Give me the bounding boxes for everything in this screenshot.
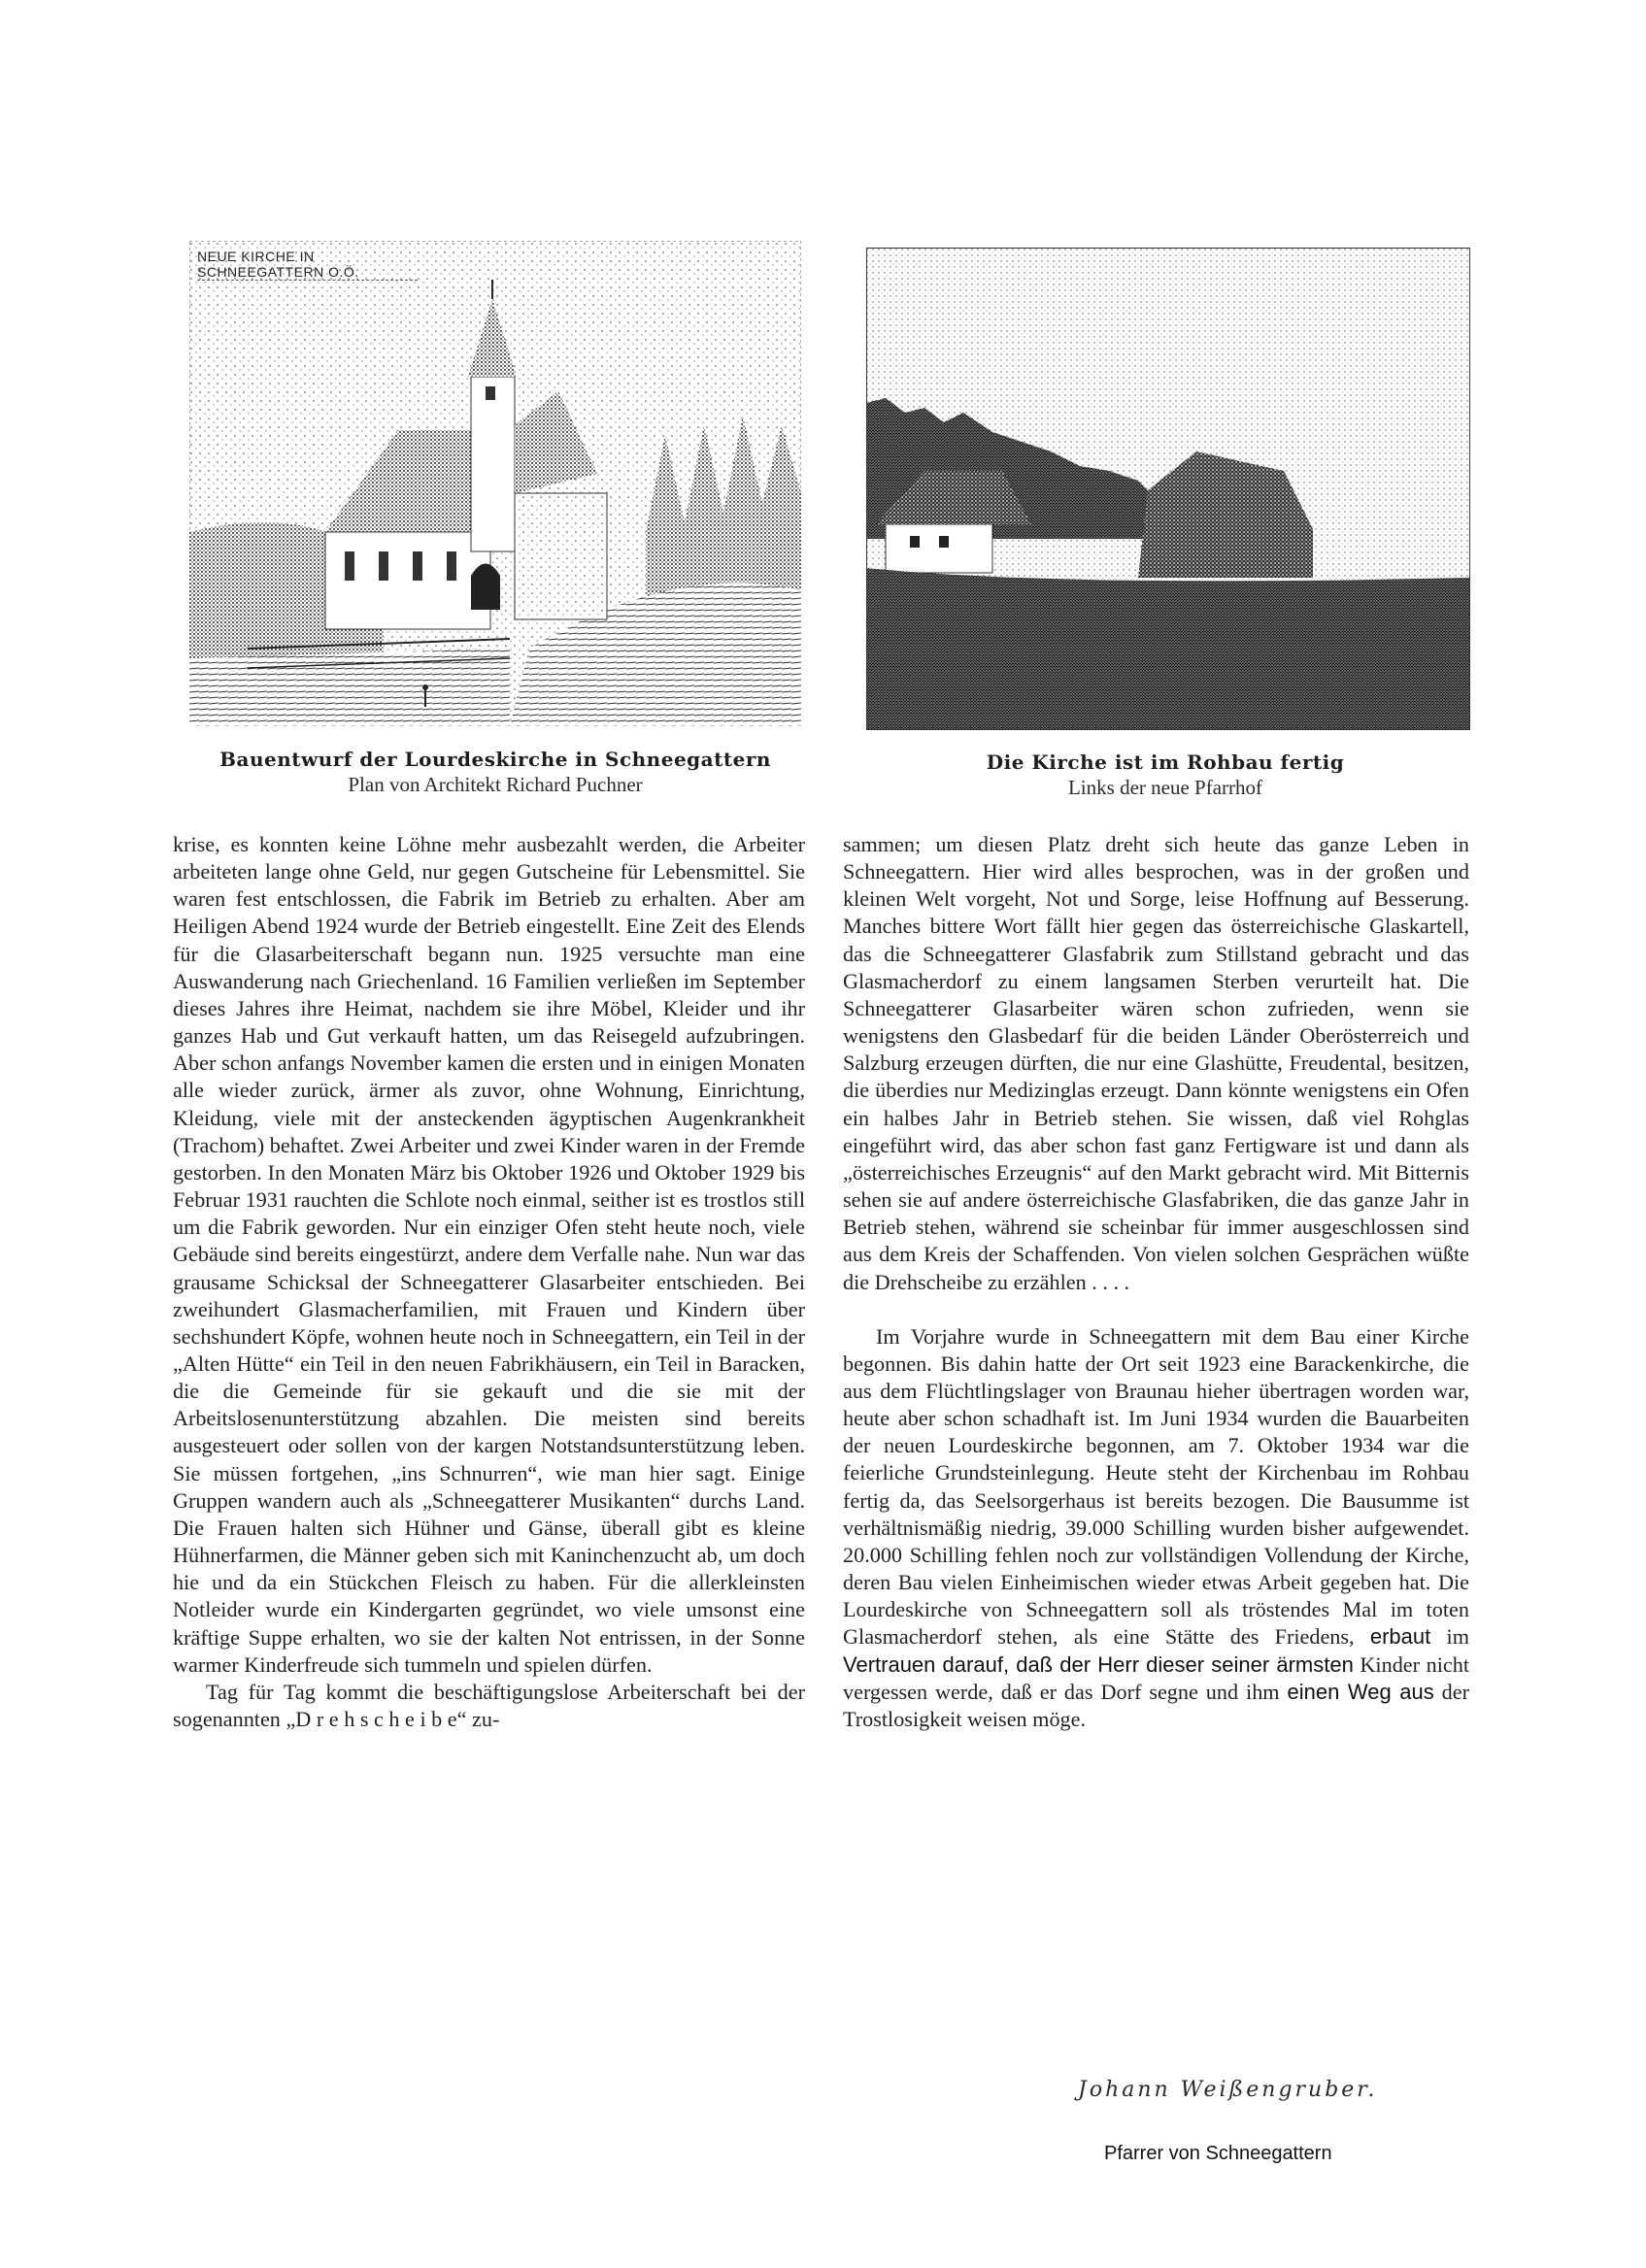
church-construction-text: Im Vorjahre wurde in Schneegattern mit d… xyxy=(843,1324,1469,1650)
left-caption-subtitle: Plan von Architekt Richard Puchner xyxy=(165,773,825,797)
article-column-left: krise, es konnten keine Löhne mehr ausbe… xyxy=(173,831,805,1733)
right-caption-title: Die Kirche ist im Rohbau fertig xyxy=(855,750,1476,774)
church-drawing-illustration xyxy=(189,241,801,726)
drawing-label: NEUE KIRCHE IN SCHNEEGATTERN O.Ö. xyxy=(197,249,418,281)
right-caption-subtitle: Links der neue Pfarrhof xyxy=(855,776,1476,800)
text-fragment: im xyxy=(1430,1624,1469,1649)
retyped-word-erbaut: erbaut xyxy=(1370,1624,1430,1649)
right-figure-caption: Die Kirche ist im Rohbau fertig Links de… xyxy=(855,750,1476,800)
right-paragraph-1: sammen; um diesen Platz dreht sich heute… xyxy=(843,831,1469,1296)
article-column-right: sammen; um diesen Platz dreht sich heute… xyxy=(843,831,1469,1733)
left-caption-title: Bauentwurf der Lourdeskirche in Schneega… xyxy=(165,748,825,771)
church-design-drawing: NEUE KIRCHE IN SCHNEEGATTERN O.Ö. xyxy=(189,241,801,726)
construction-photo-illustration xyxy=(866,248,1470,730)
drawing-label-line1: NEUE KIRCHE IN xyxy=(197,249,359,264)
church-construction-photo xyxy=(866,248,1470,730)
left-figure-caption: Bauentwurf der Lourdeskirche in Schneega… xyxy=(165,748,825,797)
left-paragraph-2: Tag für Tag kommt die beschäftigungslose… xyxy=(173,1679,805,1733)
drawing-label-line2: SCHNEEGATTERN O.Ö. xyxy=(197,264,359,280)
left-paragraph-1: krise, es konnten keine Löhne mehr ausbe… xyxy=(173,831,805,1679)
retyped-phrase-vertrauen: Vertrauen darauf, daß der Herr dieser se… xyxy=(843,1652,1354,1677)
retyped-phrase-weg: einen Weg aus xyxy=(1288,1680,1434,1704)
author-role: Pfarrer von Schneegattern xyxy=(1104,2143,1332,2165)
author-signature: Johann Weißengruber. xyxy=(1078,2078,1377,2102)
right-paragraph-2: Im Vorjahre wurde in Schneegattern mit d… xyxy=(843,1323,1469,1733)
